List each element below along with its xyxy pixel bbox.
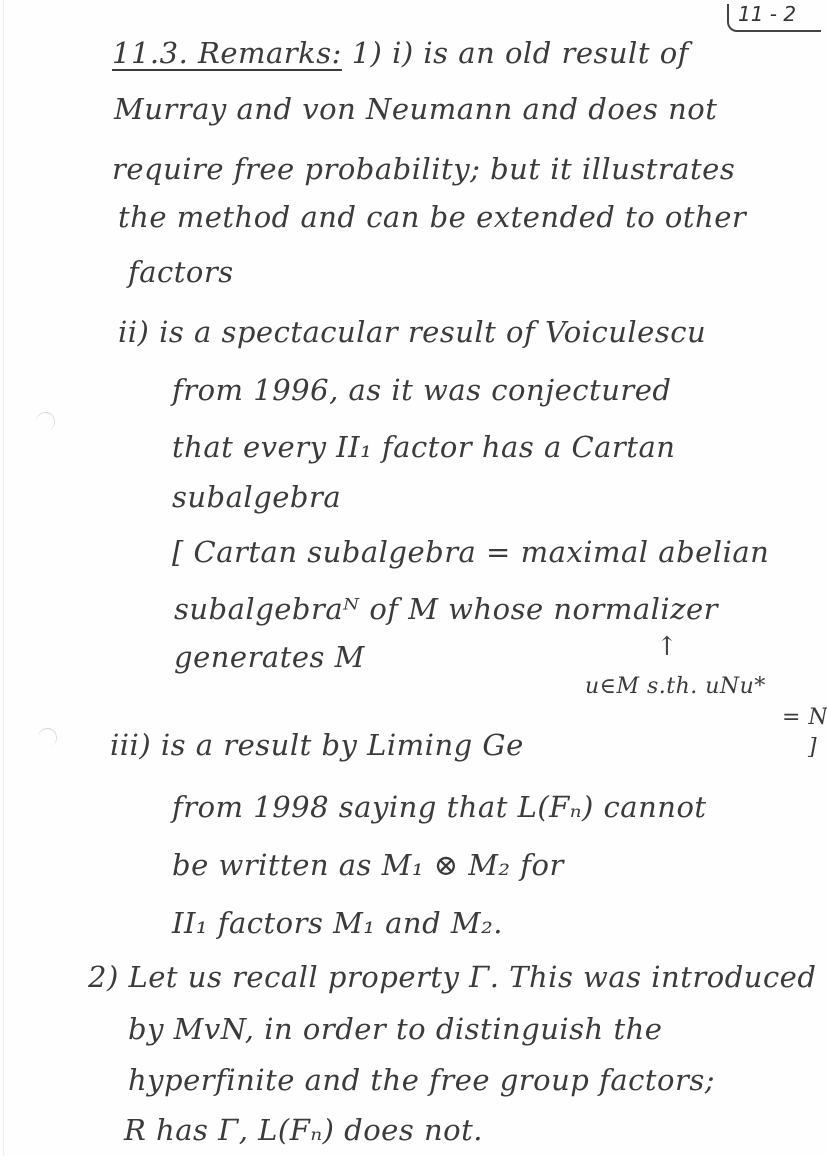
line-6: ii) is a spectacular result of Voiculesc… [118,315,706,349]
line-15: from 1998 saying that L(Fₙ) cannot [172,790,707,824]
line-2: Murray and von Neumann and does not [114,92,717,126]
scanned-page: 11 - 2 11.3. Remarks: 1) i) is an old re… [0,0,827,1156]
line-5: factors [128,255,234,289]
line-text: 1) i) is an old result of [352,36,689,70]
line-7: from 1996, as it was conjectured [172,373,671,407]
normalizer-definition: u∈M s.th. uNu* [585,674,766,699]
line-17: II₁ factors M₁ and M₂. [172,906,503,940]
line-12: generates M [174,640,365,674]
line-14: iii) is a result by Liming Ge [110,728,524,762]
line-11: subalgebraᴺ of M whose normalizer [174,592,718,626]
line-3: require free probability; but it illustr… [112,152,735,186]
line-19: by MvN, in order to distinguish the [128,1012,662,1046]
line-8: that every II₁ factor has a Cartan [172,430,675,464]
section-title: 11.3. Remarks: [112,36,342,70]
line-4: the method and can be extended to other [118,200,746,234]
page-edge [3,0,4,1156]
punch-hole-mark [34,410,56,432]
line-1: 11.3. Remarks: 1) i) is an old result of [112,36,689,70]
line-16: be written as M₁ ⊗ M₂ for [172,848,564,882]
normalizer-arrow: ↑ [656,632,678,662]
bracket-close: ] [808,735,817,760]
line-18: 2) Let us recall property Γ. This was in… [88,960,816,994]
line-10: [ Cartan subalgebra = maximal abelian [172,535,769,569]
line-21: R has Γ, L(Fₙ) does not. [124,1113,483,1147]
line-20: hyperfinite and the free group factors; [128,1063,715,1097]
punch-hole-mark [36,726,58,748]
page-number: 11 - 2 [738,2,796,26]
normalizer-equals: = N [782,705,827,730]
line-9: subalgebra [172,480,341,514]
